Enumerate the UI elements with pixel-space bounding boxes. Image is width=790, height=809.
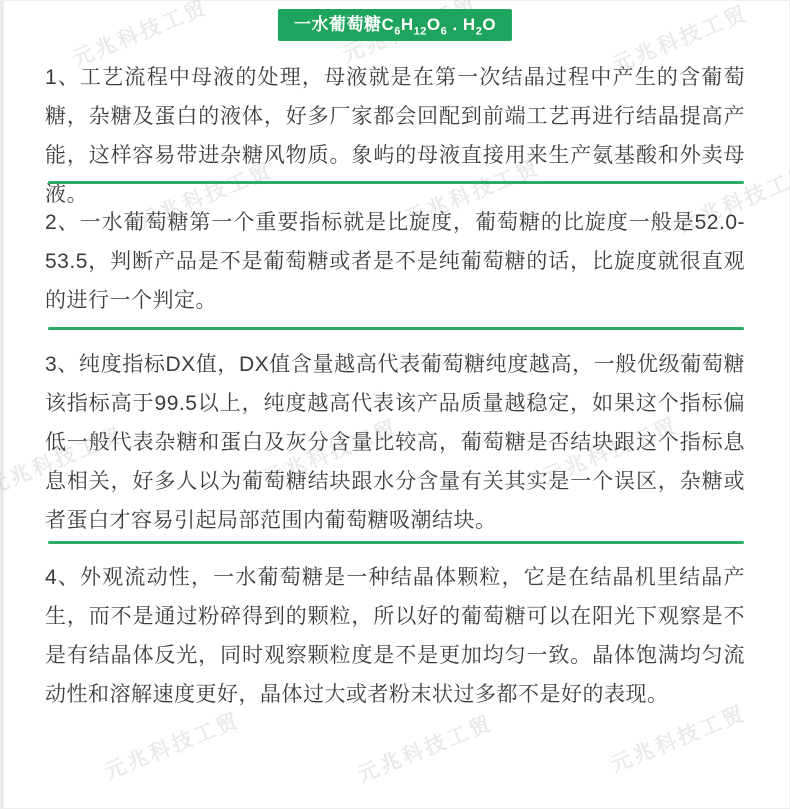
- badge-title: 一水葡萄糖: [294, 15, 382, 34]
- document-page: 元兆科技工贸元兆科技工贸元兆科技工贸元兆科技工贸元兆科技工贸元兆科技工贸元兆科技…: [0, 0, 790, 809]
- badge-formula: C6H12O6 . H2O: [381, 15, 496, 34]
- paragraph-3: 3、纯度指标DX值，DX值含量越高代表葡萄糖纯度越高，一般优级葡萄糖该指标高于9…: [45, 345, 745, 540]
- section-divider-3: [48, 541, 744, 544]
- paragraph-1: 1、工艺流程中母液的处理，母液就是在第一次结晶过程中产生的含葡萄糖，杂糖及蛋白的…: [45, 58, 745, 214]
- section-divider-2: [48, 327, 744, 330]
- header-badge: 一水葡萄糖C6H12O6 . H2O: [278, 9, 512, 41]
- content-layer: 一水葡萄糖C6H12O6 . H2O 1、工艺流程中母液的处理，母液就是在第一次…: [0, 0, 790, 809]
- paragraph-4: 4、外观流动性，一水葡萄糖是一种结晶体颗粒，它是在结晶机里结晶产生，而不是通过粉…: [45, 558, 745, 714]
- paragraph-2: 2、一水葡萄糖第一个重要指标就是比旋度，葡萄糖的比旋度一般是52.0-53.5，…: [45, 203, 745, 320]
- section-divider-1: [48, 181, 744, 184]
